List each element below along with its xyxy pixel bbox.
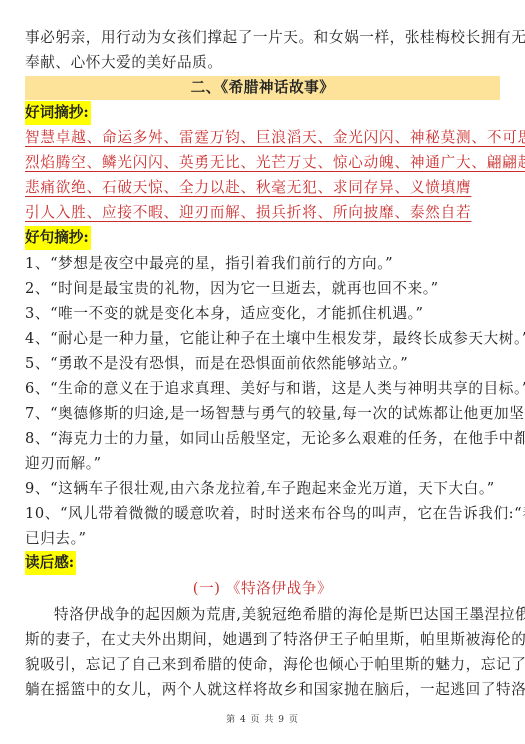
good-words-text: 智慧卓越、命运多舛、雷霆万钧、巨浪滔天、金光闪闪、神秘莫测、不可思议: [25, 129, 525, 146]
intro-paragraph: 事必躬亲，用行动为女孩们撑起了一片天。和女娲一样，张桂梅校长拥有无私 奉献、心怀…: [25, 25, 500, 75]
page-footer: 第 4 页 共 9 页: [0, 712, 525, 725]
reflection-line: 貌吸引，忘记了自己来到希腊的使命，海伦也倾心于帕里斯的魅力，忘记了身: [25, 652, 500, 677]
good-sentences-label-row: 好句摘抄:: [25, 226, 500, 251]
reflection-subtitle: (一) 《特洛伊战争》: [25, 576, 500, 602]
sentence-line: 6、“生命的意义在于追求真理、美好与和谐，这是人类与神明共享的目标。”: [25, 376, 500, 401]
sentence-line: 4、“耐心是一种力量，它能让种子在土壤中生根发芽，最终长成参天大树。”: [25, 326, 500, 351]
good-words-line: 智慧卓越、命运多舛、雷霆万钧、巨浪滔天、金光闪闪、神秘莫测、不可思议: [25, 126, 500, 151]
intro-line: 奉献、心怀大爱的美好品质。: [25, 50, 500, 75]
intro-line: 事必躬亲，用行动为女孩们撑起了一片天。和女娲一样，张桂梅校长拥有无私: [25, 25, 500, 50]
good-words-line: 引人入胜、应接不暇、迎刃而解、损兵折将、所向披靡、泰然自若: [25, 201, 500, 226]
good-words-text: 悲痛欲绝、石破天惊、全力以赴、秋毫无犯、求同存异、义愤填膺: [25, 179, 471, 196]
good-words-text: 烈焰腾空、鳞光闪闪、英勇无比、光芒万丈、惊心动魄、神通广大、翩翩起舞: [25, 154, 525, 171]
good-sentences-list: 1、“梦想是夜空中最亮的星，指引着我们前行的方向。” 2、“时间是最宝贵的礼物，…: [25, 251, 500, 551]
sentence-line: 9、“这辆车子很壮观,由六条龙拉着,车子跑起来金光万道，天下大白。”: [25, 476, 500, 501]
good-words-line: 悲痛欲绝、石破天惊、全力以赴、秋毫无犯、求同存异、义愤填膺: [25, 176, 500, 201]
sentence-line: 10、“风儿带着微微的暖意吹着，时时送来布谷鸟的叫声，它在告诉我们:“春: [25, 501, 500, 526]
reflection-line: 斯的妻子，在丈夫外出期间，她遇到了特洛伊王子帕里斯，帕里斯被海伦的美: [25, 627, 500, 652]
reflection-paragraph: 特洛伊战争的起因颇为荒唐,美貌冠绝希腊的海伦是斯巴达国王墨涅拉俄 斯的妻子，在丈…: [25, 602, 500, 702]
sentence-line: 5、“勇敢不是没有恐惧，而是在恐惧面前依然能够站立。”: [25, 351, 500, 376]
sentence-line: 8、“海克力士的力量，如同山岳般坚定，无论多么艰难的任务，在他手中都能: [25, 426, 500, 451]
good-words-text: 引人入胜、应接不暇、迎刃而解、损兵折将、所向披靡、泰然自若: [25, 204, 471, 221]
sentence-line: 3、“唯一不变的就是变化本身，适应变化，才能抓住机遇。”: [25, 301, 500, 326]
sentence-line: 1、“梦想是夜空中最亮的星，指引着我们前行的方向。”: [25, 251, 500, 276]
good-words-line: 烈焰腾空、鳞光闪闪、英勇无比、光芒万丈、惊心动魄、神通广大、翩翩起舞: [25, 151, 500, 176]
reflection-label-row: 读后感:: [25, 551, 500, 576]
section-title: 二、《希腊神话故事》: [25, 76, 500, 100]
sentence-line: 已归去。”: [25, 526, 500, 551]
sentence-line: 迎刃而解。”: [25, 451, 500, 476]
sentence-line: 7、“奥德修斯的归途,是一场智慧与勇气的较量,每一次的试炼都让他更加坚强。: [25, 401, 500, 426]
good-words-label-row: 好词摘抄:: [25, 101, 500, 126]
good-words-list: 智慧卓越、命运多舛、雷霆万钧、巨浪滔天、金光闪闪、神秘莫测、不可思议 烈焰腾空、…: [25, 126, 500, 226]
sentence-line: 2、“时间是最宝贵的礼物，因为它一旦逝去，就再也回不来。”: [25, 276, 500, 301]
reflection-label: 读后感:: [25, 551, 76, 575]
reflection-line: 特洛伊战争的起因颇为荒唐,美貌冠绝希腊的海伦是斯巴达国王墨涅拉俄: [25, 602, 500, 627]
good-sentences-label: 好句摘抄:: [25, 226, 91, 250]
document-page: 事必躬亲，用行动为女孩们撑起了一片天。和女娲一样，张桂梅校长拥有无私 奉献、心怀…: [25, 25, 500, 702]
reflection-line: 躺在摇篮中的女儿，两个人就这样将故乡和国家抛在脑后，一起逃回了特洛伊: [25, 677, 500, 702]
good-words-label: 好词摘抄:: [25, 101, 91, 125]
